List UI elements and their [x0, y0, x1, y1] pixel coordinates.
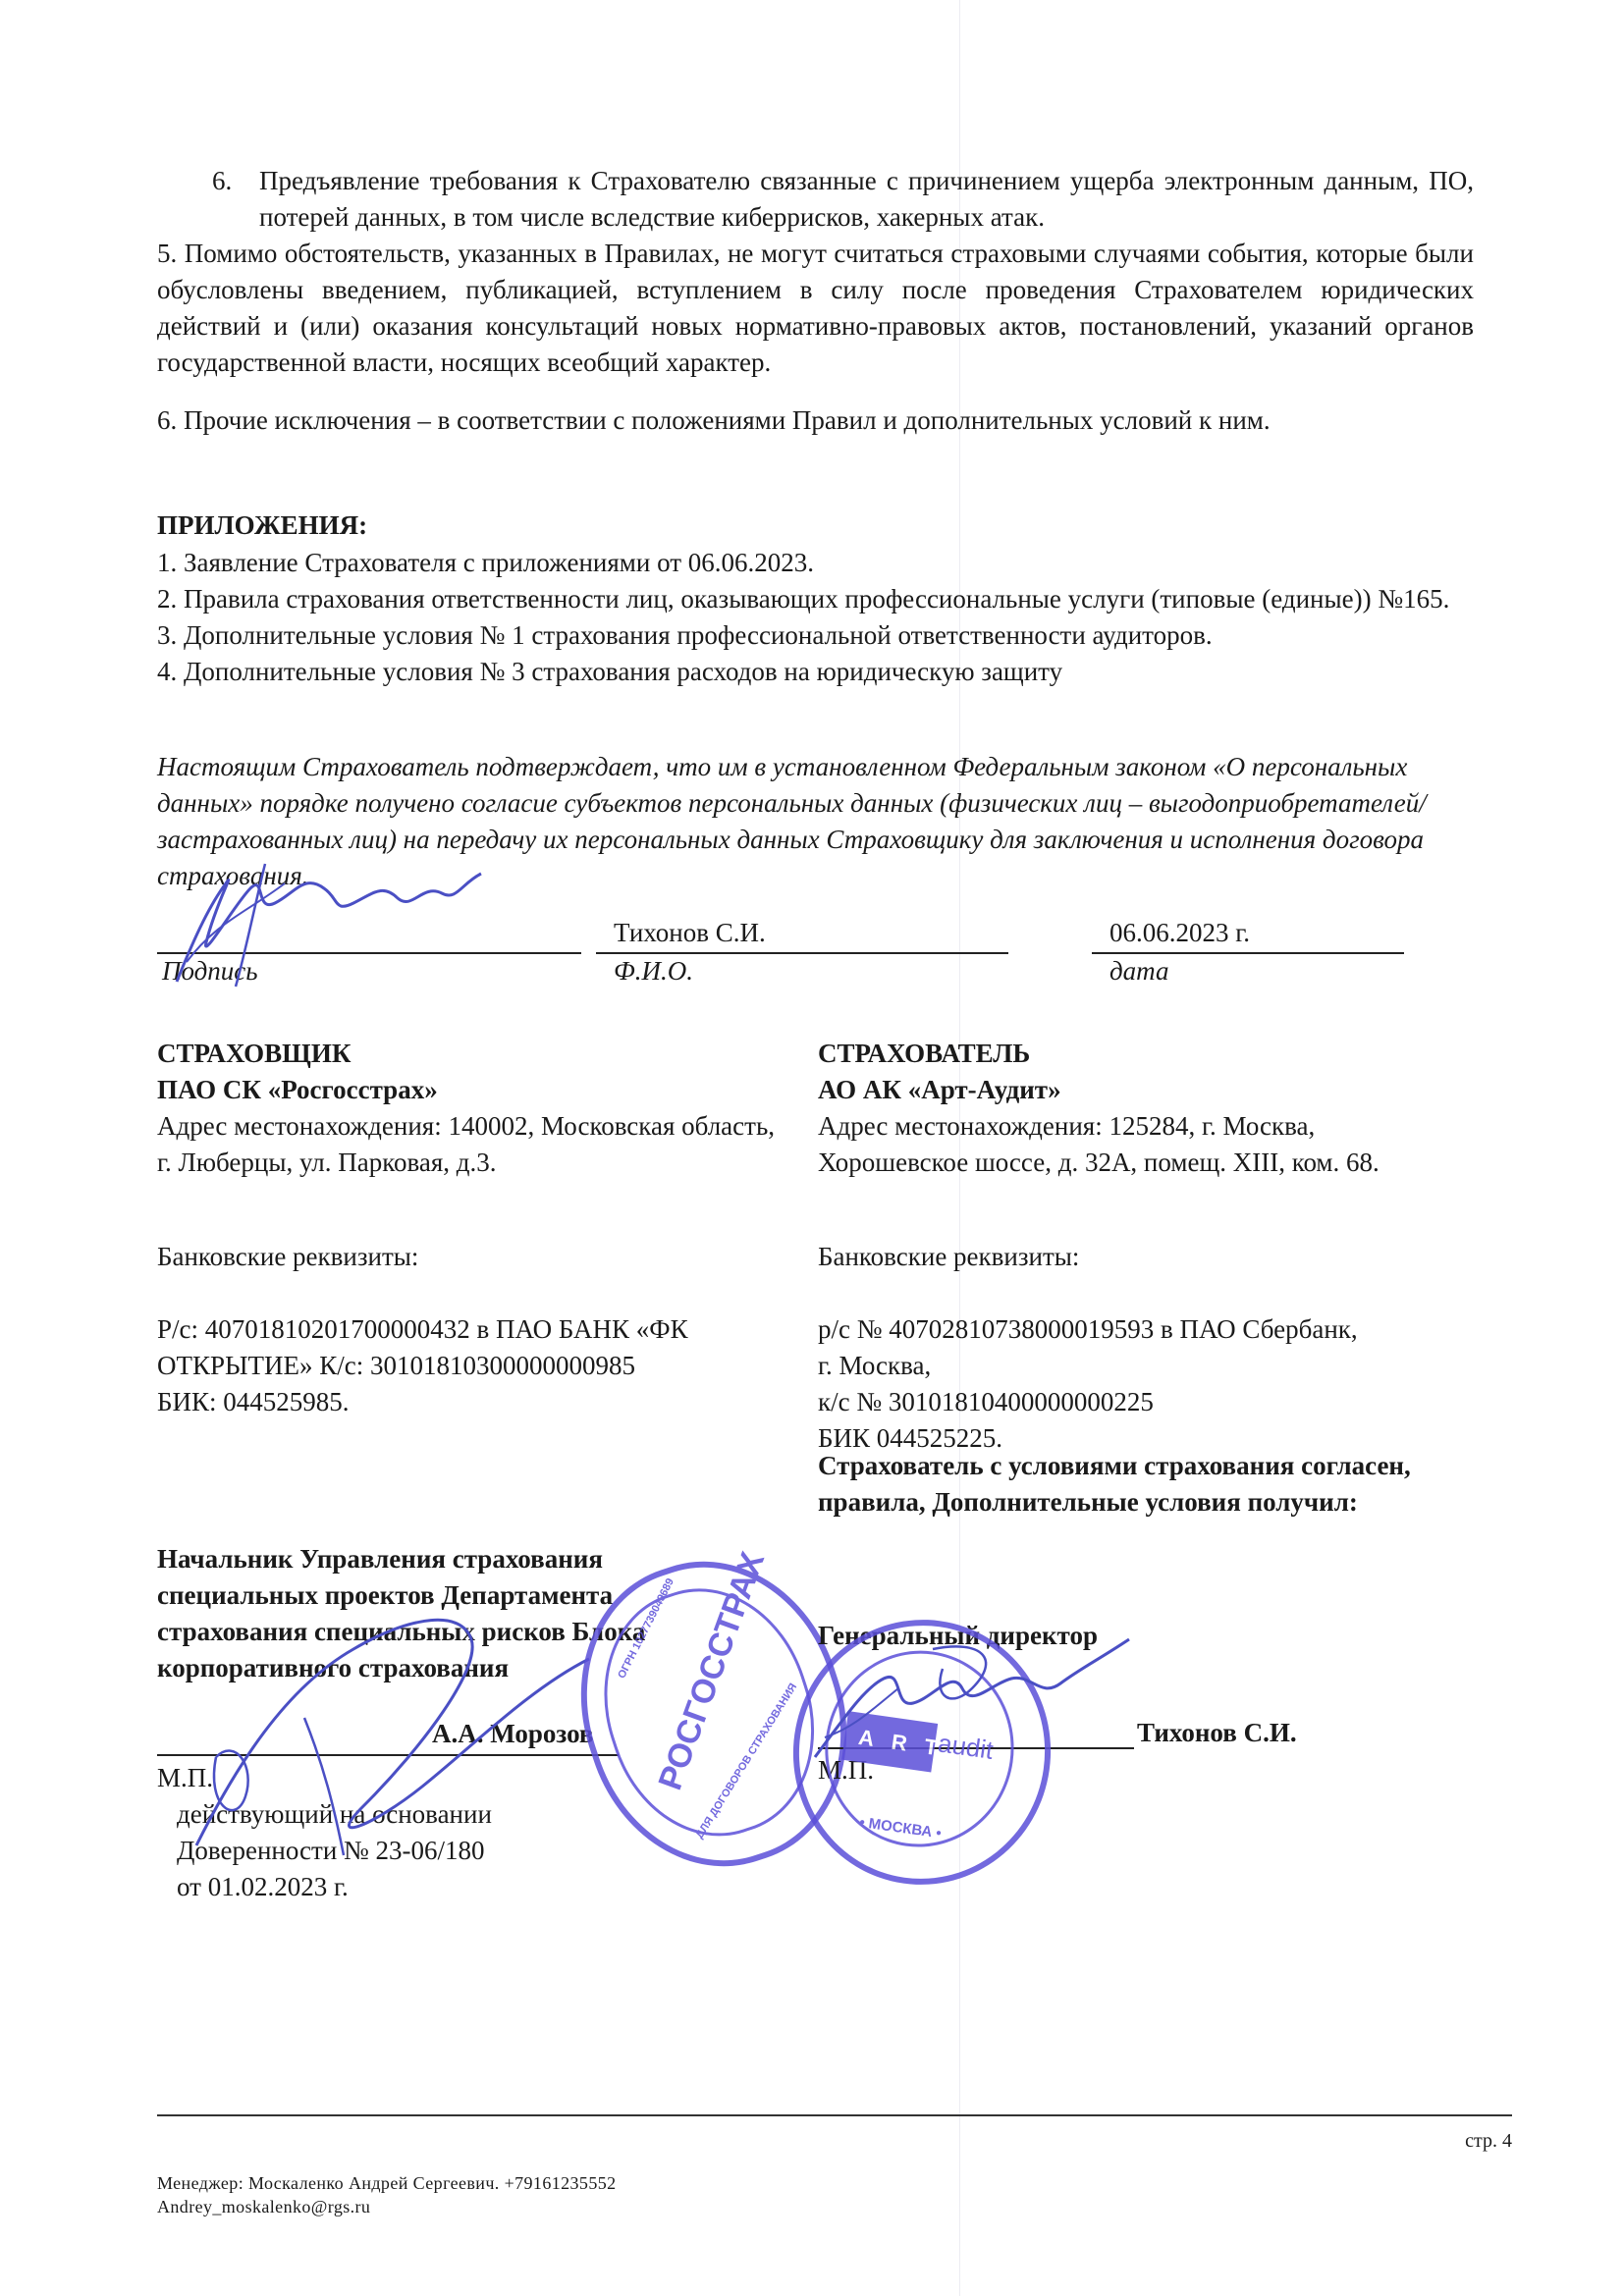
footer-divider [157, 2114, 1512, 2116]
bank-detail-line: ОТКРЫТИЕ» К/с: 30101810300000000985 [157, 1348, 785, 1384]
appendices-list: 1. Заявление Страхователя с приложениями… [157, 545, 1474, 690]
insured-block: СТРАХОВАТЕЛЬ АО АК «Арт-Аудит» Адрес мес… [818, 1036, 1466, 1181]
manager-name-phone: Менеджер: Москаленко Андрей Сергеевич. +… [157, 2171, 617, 2195]
appendix-item: 1. Заявление Страхователя с приложениями… [157, 545, 1474, 581]
exclusion-item-text: Предъявление требования к Страхователю с… [259, 163, 1474, 236]
manager-contact: Менеджер: Москаленко Андрей Сергеевич. +… [157, 2171, 617, 2218]
insurer-bank-label: Банковские реквизиты: [157, 1239, 785, 1275]
date-line [1092, 952, 1404, 954]
appendix-item: 4. Дополнительные условия № 3 страховани… [157, 654, 1474, 690]
bank-detail-line: г. Москва, [818, 1348, 1466, 1384]
insured-signatory-name: Тихонов С.И. [1137, 1715, 1297, 1751]
date-label: дата [1109, 956, 1169, 987]
bank-detail-line: р/с № 40702810738000019593 в ПАО Сбербан… [818, 1311, 1466, 1348]
insured-bank-details: р/с № 40702810738000019593 в ПАО Сбербан… [818, 1311, 1466, 1457]
appendix-item: 2. Правила страхования ответственности л… [157, 581, 1474, 617]
insured-heading: СТРАХОВАТЕЛЬ [818, 1036, 1466, 1072]
document-page: 6. Предъявление требования к Страховател… [0, 0, 1623, 2296]
insured-signature-icon [805, 1629, 1159, 1777]
insurer-company: ПАО СК «Росгосстрах» [157, 1072, 785, 1108]
exclusion-item-6: 6. Предъявление требования к Страховател… [212, 163, 1474, 236]
insurer-heading: СТРАХОВЩИК [157, 1036, 785, 1072]
bank-detail-line: Р/с: 40701810201700000432 в ПАО БАНК «ФК [157, 1311, 785, 1348]
appendix-item: 3. Дополнительные условия № 1 страховани… [157, 617, 1474, 654]
insurer-bank-details: Р/с: 40701810201700000432 в ПАО БАНК «ФК… [157, 1311, 785, 1420]
bank-detail-line: к/с № 30101810400000000225 [818, 1384, 1466, 1420]
clause-6: 6. Прочие исключения – в соответствии с … [157, 402, 1474, 439]
handwritten-signature-icon [157, 844, 511, 991]
insured-company: АО АК «Арт-Аудит» [818, 1072, 1466, 1108]
insured-agreement: Страхователь с условиями страхования сог… [818, 1448, 1446, 1521]
insurer-address: Адрес местонахождения: 140002, Московска… [157, 1108, 776, 1181]
manager-email[interactable]: Andrey_moskalenko@rgs.ru [157, 2195, 617, 2218]
name-label: Ф.И.О. [614, 956, 693, 987]
name-line [596, 952, 1008, 954]
date-value: 06.06.2023 г. [1109, 918, 1250, 948]
appendices-title: ПРИЛОЖЕНИЯ: [157, 510, 367, 541]
page-number: стр. 4 [1465, 2130, 1512, 2153]
insured-bank-label: Банковские реквизиты: [818, 1239, 1466, 1275]
insurer-block: СТРАХОВЩИК ПАО СК «Росгосстрах» Адрес ме… [157, 1036, 785, 1181]
exclusion-item-number: 6. [212, 163, 251, 199]
insured-address: Адрес местонахождения: 125284, г. Москва… [818, 1108, 1446, 1181]
bank-detail-line: БИК: 044525985. [157, 1384, 785, 1420]
authority-line: от 01.02.2023 г. [177, 1869, 492, 1905]
clause-5: 5. Помимо обстоятельств, указанных в Пра… [157, 236, 1474, 381]
insured-name-value: Тихонов С.И. [614, 918, 766, 948]
